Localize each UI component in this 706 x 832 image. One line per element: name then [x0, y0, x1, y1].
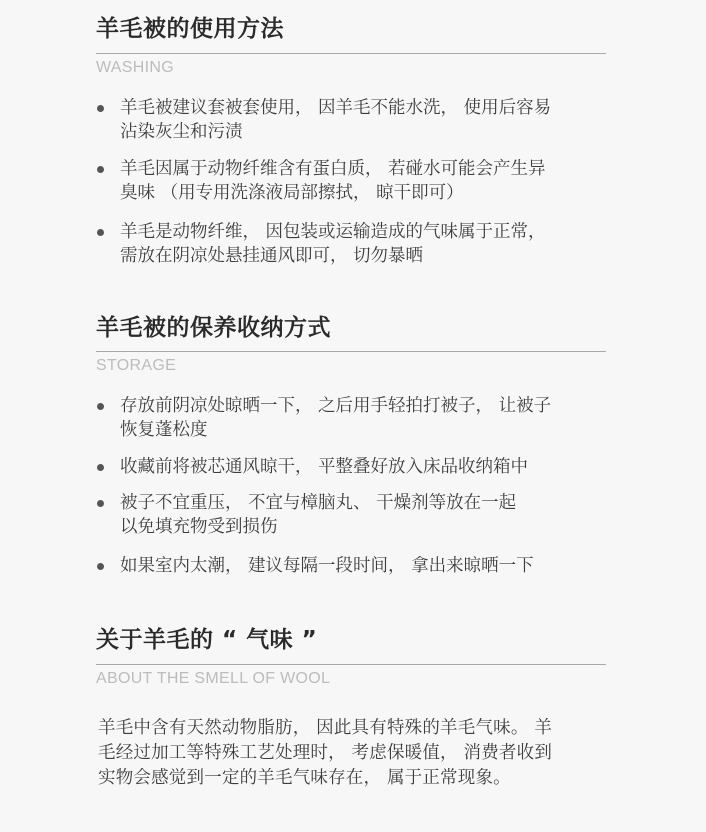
smell-paragraph: 羊毛中含有天然动物脂肪， 因此具有特殊的羊毛气味。 羊 毛经过加工等特殊工艺处理…	[98, 716, 608, 791]
bullet-icon	[97, 464, 104, 471]
section-subtitle: ABOUT THE SMELL OF WOOL	[96, 667, 606, 691]
paragraph-line: 毛经过加工等特殊工艺处理时， 考虑保暖值， 消费者收到	[98, 741, 608, 766]
list-item: 羊毛被建议套被套使用， 因羊毛不能水洗， 使用后容易 沾染灰尘和污渍	[96, 96, 610, 144]
list-item-line: 以免填充物受到损伤	[120, 515, 610, 539]
paragraph-line: 羊毛中含有天然动物脂肪， 因此具有特殊的羊毛气味。 羊	[98, 716, 608, 741]
bullet-icon	[97, 229, 104, 236]
section-title: 关于羊毛的 “ 气味 ”	[96, 625, 606, 661]
list-item-line: 沾染灰尘和污渍	[120, 120, 610, 144]
list-item: 如果室内太潮， 建议每隔一段时间， 拿出来晾晒一下	[96, 554, 610, 578]
list-item: 羊毛是动物纤维， 因包装或运输造成的气味属于正常， 需放在阴凉处悬挂通风即可， …	[96, 220, 610, 268]
divider	[96, 53, 606, 54]
section-washing: 羊毛被的使用方法 WASHING	[96, 14, 606, 80]
list-item-line: 存放前阴凉处晾晒一下， 之后用手轻拍打被子， 让被子	[120, 394, 610, 418]
section-subtitle: STORAGE	[96, 354, 606, 378]
bullet-icon	[97, 105, 104, 112]
list-item-line: 如果室内太潮， 建议每隔一段时间， 拿出来晾晒一下	[120, 554, 610, 578]
list-item-line: 恢复蓬松度	[120, 418, 610, 442]
section-storage: 羊毛被的保养收纳方式 STORAGE	[96, 313, 606, 378]
list-item: 收藏前将被芯通风晾干， 平整叠好放入床品收纳箱中	[96, 455, 610, 479]
bullet-icon	[97, 166, 104, 173]
list-item: 被子不宜重压， 不宜与樟脑丸、 干燥剂等放在一起 以免填充物受到损伤	[96, 491, 610, 539]
section-title: 羊毛被的使用方法	[96, 14, 606, 50]
divider	[96, 351, 606, 352]
section-smell: 关于羊毛的 “ 气味 ” ABOUT THE SMELL OF WOOL	[96, 625, 606, 691]
list-item-line: 需放在阴凉处悬挂通风即可， 切勿暴晒	[120, 244, 610, 268]
list-item-line: 羊毛被建议套被套使用， 因羊毛不能水洗， 使用后容易	[120, 96, 610, 120]
list-item-line: 收藏前将被芯通风晾干， 平整叠好放入床品收纳箱中	[120, 455, 610, 479]
section-title: 羊毛被的保养收纳方式	[96, 313, 606, 349]
list-item-line: 羊毛是动物纤维， 因包装或运输造成的气味属于正常，	[120, 220, 610, 244]
list-item: 存放前阴凉处晾晒一下， 之后用手轻拍打被子， 让被子 恢复蓬松度	[96, 394, 610, 442]
section-subtitle: WASHING	[96, 56, 606, 80]
bullet-icon	[97, 500, 104, 507]
divider	[96, 664, 606, 665]
bullet-icon	[97, 403, 104, 410]
list-item: 羊毛因属于动物纤维含有蛋白质， 若碰水可能会产生异 臭味 （用专用洗涤液局部擦拭…	[96, 157, 610, 205]
list-item-line: 臭味 （用专用洗涤液局部擦拭， 晾干即可）	[120, 181, 610, 205]
paragraph-line: 实物会感觉到一定的羊毛气味存在， 属于正常现象。	[98, 766, 608, 791]
list-item-line: 羊毛因属于动物纤维含有蛋白质， 若碰水可能会产生异	[120, 157, 610, 181]
list-item-line: 被子不宜重压， 不宜与樟脑丸、 干燥剂等放在一起	[120, 491, 610, 515]
bullet-icon	[97, 563, 104, 570]
